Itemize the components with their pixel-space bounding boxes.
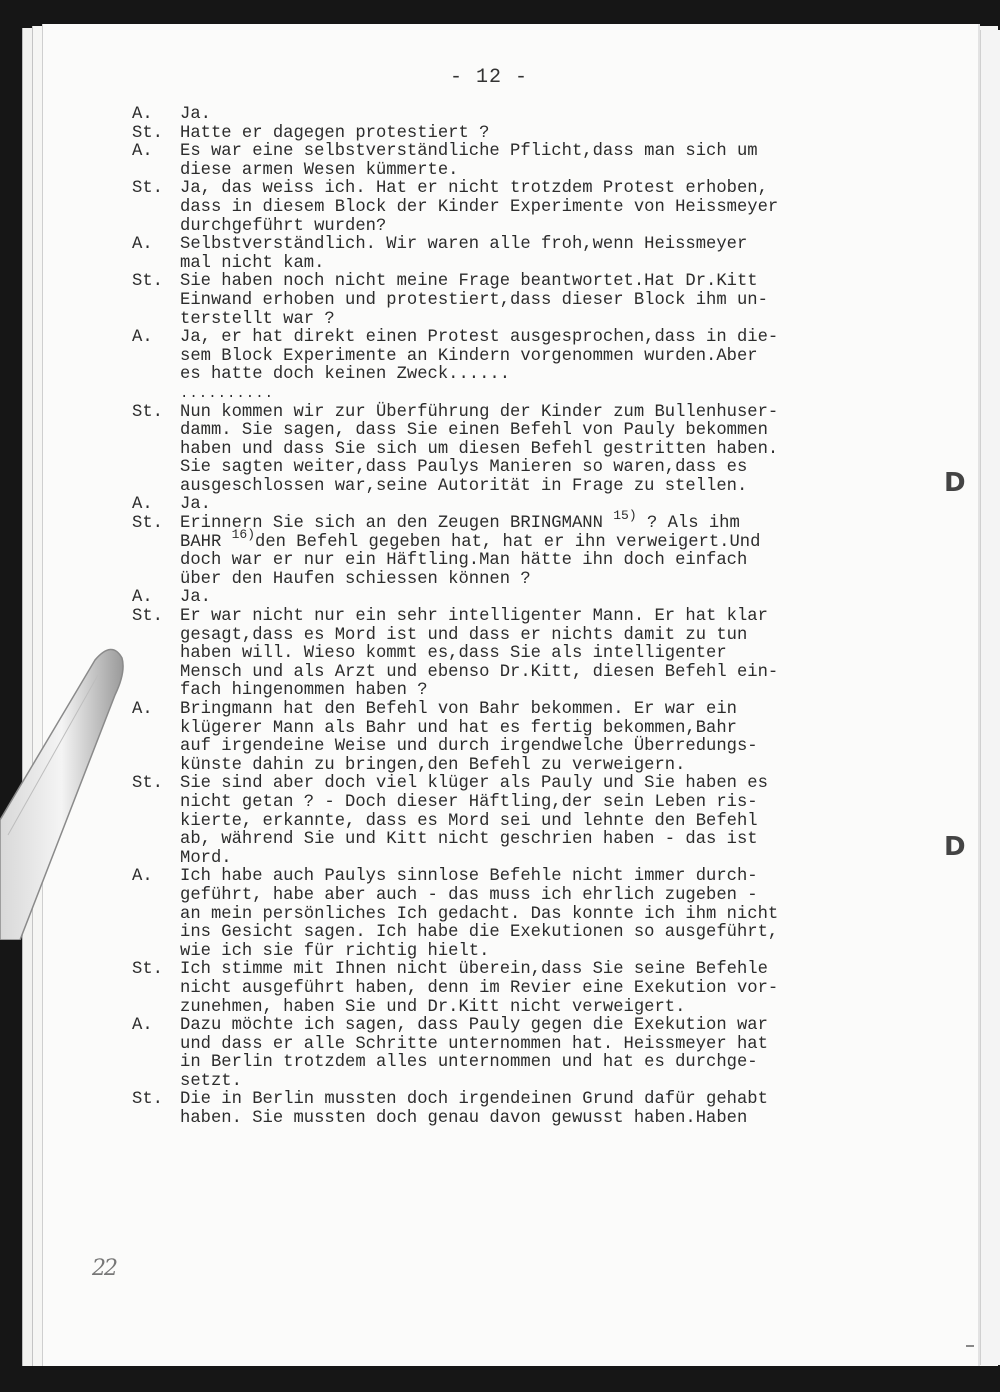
- transcript-line: sem Block Experimente an Kindern vorgeno…: [180, 348, 892, 367]
- transcript-line: geführt, habe aber auch - das muss ich e…: [180, 887, 892, 906]
- transcript-line: Er war nicht nur ein sehr intelligenter …: [180, 608, 892, 627]
- transcript-line: BAHR 16)den Befehl gegeben hat, hat er i…: [180, 534, 892, 553]
- speaker-label: St.: [132, 961, 180, 980]
- speaker-label: A.: [132, 143, 180, 162]
- transcript-line: an mein persönliches Ich gedacht. Das ko…: [180, 906, 892, 925]
- transcript-line: ins Gesicht sagen. Ich habe die Exekutio…: [180, 924, 892, 943]
- transcript-line: Dazu möchte ich sagen, dass Pauly gegen …: [180, 1017, 892, 1036]
- transcript-line: Ich stimme mit Ihnen nicht überein,dass …: [180, 961, 892, 980]
- transcript-line: ausgeschlossen war,seine Autorität in Fr…: [180, 478, 892, 497]
- transcript-line: durchgeführt wurden?: [180, 218, 892, 237]
- footnote-ref-16: 16): [232, 527, 255, 542]
- transcript-line: es hatte doch keinen Zweck......: [180, 366, 892, 385]
- transcript-line: gesagt,dass es Mord ist und dass er nich…: [180, 627, 892, 646]
- scanned-document: - 12 - A. Ja. St. Hatte er dagegen prote…: [0, 0, 1000, 1392]
- transcript-line: Ja, das weiss ich. Hat er nicht trotzdem…: [180, 180, 892, 199]
- transcript-entry: A. Ja.: [132, 496, 892, 515]
- transcript-line: Bringmann hat den Befehl von Bahr bekomm…: [180, 701, 892, 720]
- speaker-label: St.: [132, 180, 180, 199]
- transcript-line: Ich habe auch Paulys sinnlose Befehle ni…: [180, 868, 892, 887]
- transcript-line: Mord.: [180, 850, 892, 869]
- line-text: den Befehl gegeben hat, hat er ihn verwe…: [255, 533, 760, 552]
- speaker-label: A.: [132, 106, 180, 125]
- transcript-line: Es war eine selbstverständliche Pflicht,…: [180, 143, 892, 162]
- transcript-line: ab, während Sie und Kitt nicht geschrien…: [180, 831, 892, 850]
- transcript-line: damm. Sie sagen, dass Sie einen Befehl v…: [180, 422, 892, 441]
- transcript-entry: St. Er war nicht nur ein sehr intelligen…: [132, 608, 892, 701]
- transcript-entry: A. Selbstverständlich. Wir waren alle fr…: [132, 236, 892, 273]
- page-tab-mark: [966, 1345, 974, 1347]
- transcript-entry: A. Es war eine selbstverständliche Pflic…: [132, 143, 892, 180]
- next-page-edge: [980, 30, 1000, 1365]
- line-text: ? Als ihm: [647, 514, 740, 533]
- transcript-entry: St. Sie haben noch nicht meine Frage bea…: [132, 273, 892, 329]
- transcript-entry: St. Die in Berlin mussten doch irgendein…: [132, 1091, 892, 1128]
- transcript-entry: St. Hatte er dagegen protestiert ?: [132, 125, 892, 144]
- transcript-line: Ja.: [180, 589, 892, 608]
- speaker-label: A.: [132, 589, 180, 608]
- transcript-line: Die in Berlin mussten doch irgendeinen G…: [180, 1091, 892, 1110]
- transcript-entry: St. Erinnern Sie sich an den Zeugen BRIN…: [132, 515, 892, 589]
- transcript-entry: A. Bringmann hat den Befehl von Bahr bek…: [132, 701, 892, 775]
- speaker-label: St.: [132, 273, 180, 292]
- transcript-line: wie ich sie für richtig hielt.: [180, 943, 892, 962]
- transcript-entry: A. Ich habe auch Paulys sinnlose Befehle…: [132, 868, 892, 961]
- transcript-line: nicht ausgeführt haben, denn im Revier e…: [180, 980, 892, 999]
- transcript-line: und dass er alle Schritte unternommen ha…: [180, 1036, 892, 1055]
- transcript-entry: A. Ja, er hat direkt einen Protest ausge…: [132, 329, 892, 385]
- transcript-line: Einwand erhoben und protestiert,dass die…: [180, 292, 892, 311]
- ellipsis-line: ..........: [132, 385, 892, 404]
- transcript-line: klügerer Mann als Bahr und hat es fertig…: [180, 720, 892, 739]
- speaker-label: St.: [132, 125, 180, 144]
- transcript-line: Ja.: [180, 496, 892, 515]
- speaker-label: St.: [132, 1091, 180, 1110]
- transcript-line: haben. Sie mussten doch genau davon gewu…: [180, 1110, 892, 1129]
- transcript-line: setzt.: [180, 1073, 892, 1092]
- margin-mark: D: [944, 832, 966, 862]
- transcript-line: Erinnern Sie sich an den Zeugen BRINGMAN…: [180, 515, 892, 534]
- transcript-line: zunehmen, haben Sie und Dr.Kitt nicht ve…: [180, 999, 892, 1018]
- transcript-line: über den Haufen schiessen können ?: [180, 571, 892, 590]
- transcript-line: haben und dass Sie sich um diesen Befehl…: [180, 441, 892, 460]
- speaker-label: A.: [132, 236, 180, 255]
- transcript-line: haben will. Wieso kommt es,dass Sie als …: [180, 645, 892, 664]
- transcript-line: auf irgendeine Weise und durch irgendwel…: [180, 738, 892, 757]
- transcript-line: fach hingenommen haben ?: [180, 682, 892, 701]
- tweezers-icon: [0, 620, 140, 940]
- transcript-line: Nun kommen wir zur Überführung der Kinde…: [180, 404, 892, 423]
- line-text: BAHR: [180, 533, 221, 552]
- footnote-ref-15: 15): [613, 508, 636, 523]
- transcript-line: dass in diesem Block der Kinder Experime…: [180, 199, 892, 218]
- transcript-entry: St. Ich stimme mit Ihnen nicht überein,d…: [132, 961, 892, 1017]
- transcript-line: nicht getan ? - Doch dieser Häftling,der…: [180, 794, 892, 813]
- transcript-line: mal nicht kam.: [180, 255, 892, 274]
- transcript-line: Sie sind aber doch viel klüger als Pauly…: [180, 775, 892, 794]
- margin-mark: D: [944, 468, 966, 498]
- transcript-entry: St. Sie sind aber doch viel klüger als P…: [132, 775, 892, 868]
- page-number: - 12 -: [450, 66, 528, 89]
- transcript-line: künste dahin zu bringen,den Befehl zu ve…: [180, 757, 892, 776]
- handwritten-note: 22: [92, 1256, 116, 1281]
- transcript-entry: A. Dazu möchte ich sagen, dass Pauly geg…: [132, 1017, 892, 1091]
- transcript-line: diese armen Wesen kümmerte.: [180, 162, 892, 181]
- speaker-label: A.: [132, 1017, 180, 1036]
- speaker-label: A.: [132, 496, 180, 515]
- transcript-entry: St. Nun kommen wir zur Überführung der K…: [132, 404, 892, 497]
- transcript-line: Ja.: [180, 106, 892, 125]
- transcript-line: Selbstverständlich. Wir waren alle froh,…: [180, 236, 892, 255]
- transcript-line: in Berlin trotzdem alles unternommen und…: [180, 1054, 892, 1073]
- transcript-line: Sie haben noch nicht meine Frage beantwo…: [180, 273, 892, 292]
- interrogation-transcript: A. Ja. St. Hatte er dagegen protestiert …: [132, 106, 892, 1129]
- transcript-line: Ja, er hat direkt einen Protest ausgespr…: [180, 329, 892, 348]
- transcript-line: Sie sagten weiter,dass Paulys Manieren s…: [180, 459, 892, 478]
- transcript-line: kierte, erkannte, dass es Mord sei und l…: [180, 813, 892, 832]
- transcript-entry: St. Ja, das weiss ich. Hat er nicht trot…: [132, 180, 892, 236]
- transcript-entry: A. Ja.: [132, 589, 892, 608]
- transcript-line: Hatte er dagegen protestiert ?: [180, 125, 892, 144]
- speaker-label: St.: [132, 515, 180, 534]
- transcript-entry: A. Ja.: [132, 106, 892, 125]
- speaker-label: St.: [132, 404, 180, 423]
- transcript-line: doch war er nur ein Häftling.Man hätte i…: [180, 552, 892, 571]
- transcript-line: Mensch und als Arzt und ebenso Dr.Kitt, …: [180, 664, 892, 683]
- speaker-label: A.: [132, 329, 180, 348]
- transcript-line: terstellt war ?: [180, 311, 892, 330]
